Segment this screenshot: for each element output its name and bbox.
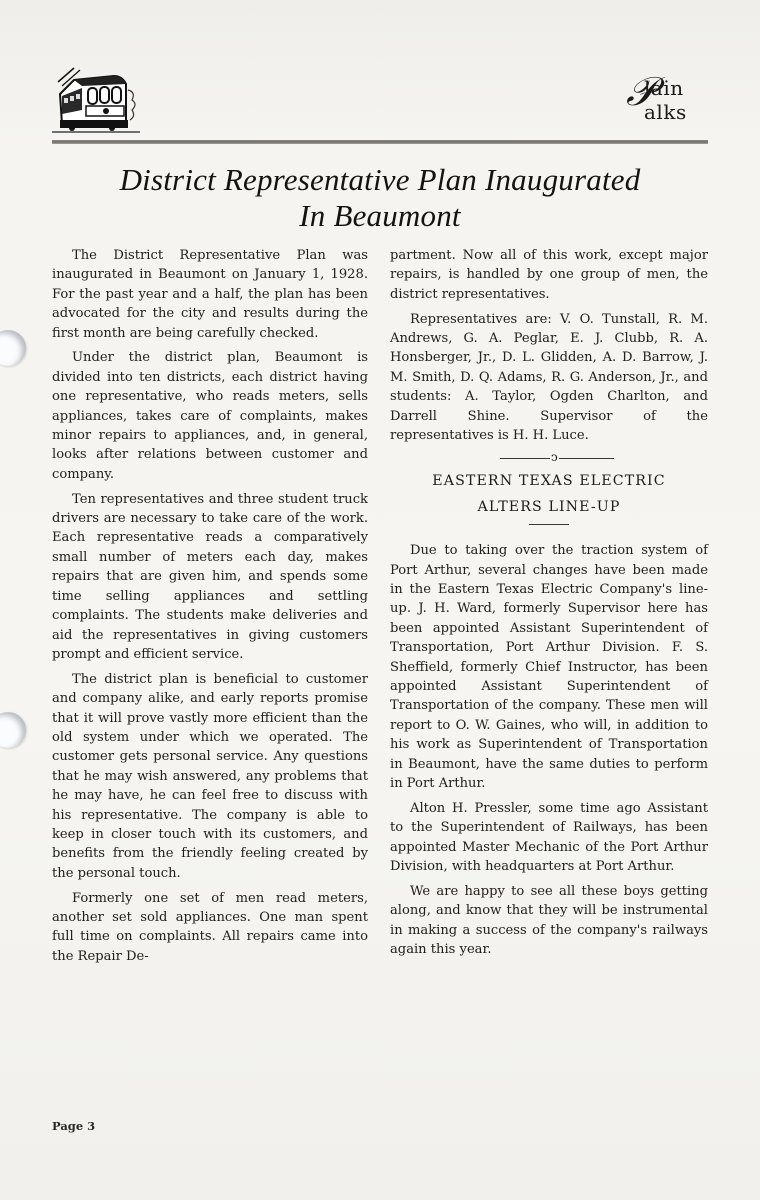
- headline-underline: [529, 524, 569, 525]
- paragraph: We are happy to see all these boys getti…: [390, 882, 708, 960]
- section-headline: EASTERN TEXAS ELECTRIC ALTERS LINE-UP: [390, 471, 708, 518]
- headline-line-1: EASTERN TEXAS ELECTRIC: [390, 471, 708, 492]
- paragraph: Representatives are: V. O. Tunstall, R. …: [390, 310, 708, 446]
- divider-ornament-icon: ↄ: [550, 450, 559, 464]
- paragraph: Formerly one set of men read meters, ano…: [52, 889, 368, 967]
- section-divider: ↄ: [390, 451, 708, 465]
- logo-line-talks: alks: [644, 100, 687, 124]
- trolley-car-icon: [52, 64, 140, 134]
- title-line-1: District Representative Plan Inaugurated: [50, 162, 710, 198]
- logo-line-plain: lain: [644, 76, 684, 100]
- left-column: The District Representative Plan was ina…: [52, 246, 368, 972]
- title-line-2: In Beaumont: [50, 198, 710, 234]
- paragraph: Alton H. Pressler, some time ago Assista…: [390, 799, 708, 877]
- paragraph: The district plan is beneficial to custo…: [52, 670, 368, 883]
- paragraph-continued: partment. Now all of this work, except m…: [390, 246, 708, 304]
- paragraph: Due to taking over the traction system o…: [390, 541, 708, 793]
- plain-talks-logo: 𝒫 lain alks: [626, 76, 710, 134]
- punch-hole-bottom: [0, 712, 26, 748]
- paragraph: Ten representatives and three student tr…: [52, 490, 368, 665]
- paragraph: Under the district plan, Beaumont is div…: [52, 348, 368, 484]
- header-rule: [52, 140, 708, 144]
- article-title: District Representative Plan Inaugurated…: [50, 162, 710, 234]
- right-column: partment. Now all of this work, except m…: [390, 246, 708, 965]
- page-header: 𝒫 lain alks: [50, 62, 710, 144]
- headline-line-2: ALTERS LINE-UP: [390, 497, 708, 518]
- paragraph: The District Representative Plan was ina…: [52, 246, 368, 343]
- magazine-page: 𝒫 lain alks District Representative Plan…: [0, 0, 760, 1200]
- page-number: Page 3: [52, 1119, 95, 1133]
- punch-hole-top: [0, 330, 26, 366]
